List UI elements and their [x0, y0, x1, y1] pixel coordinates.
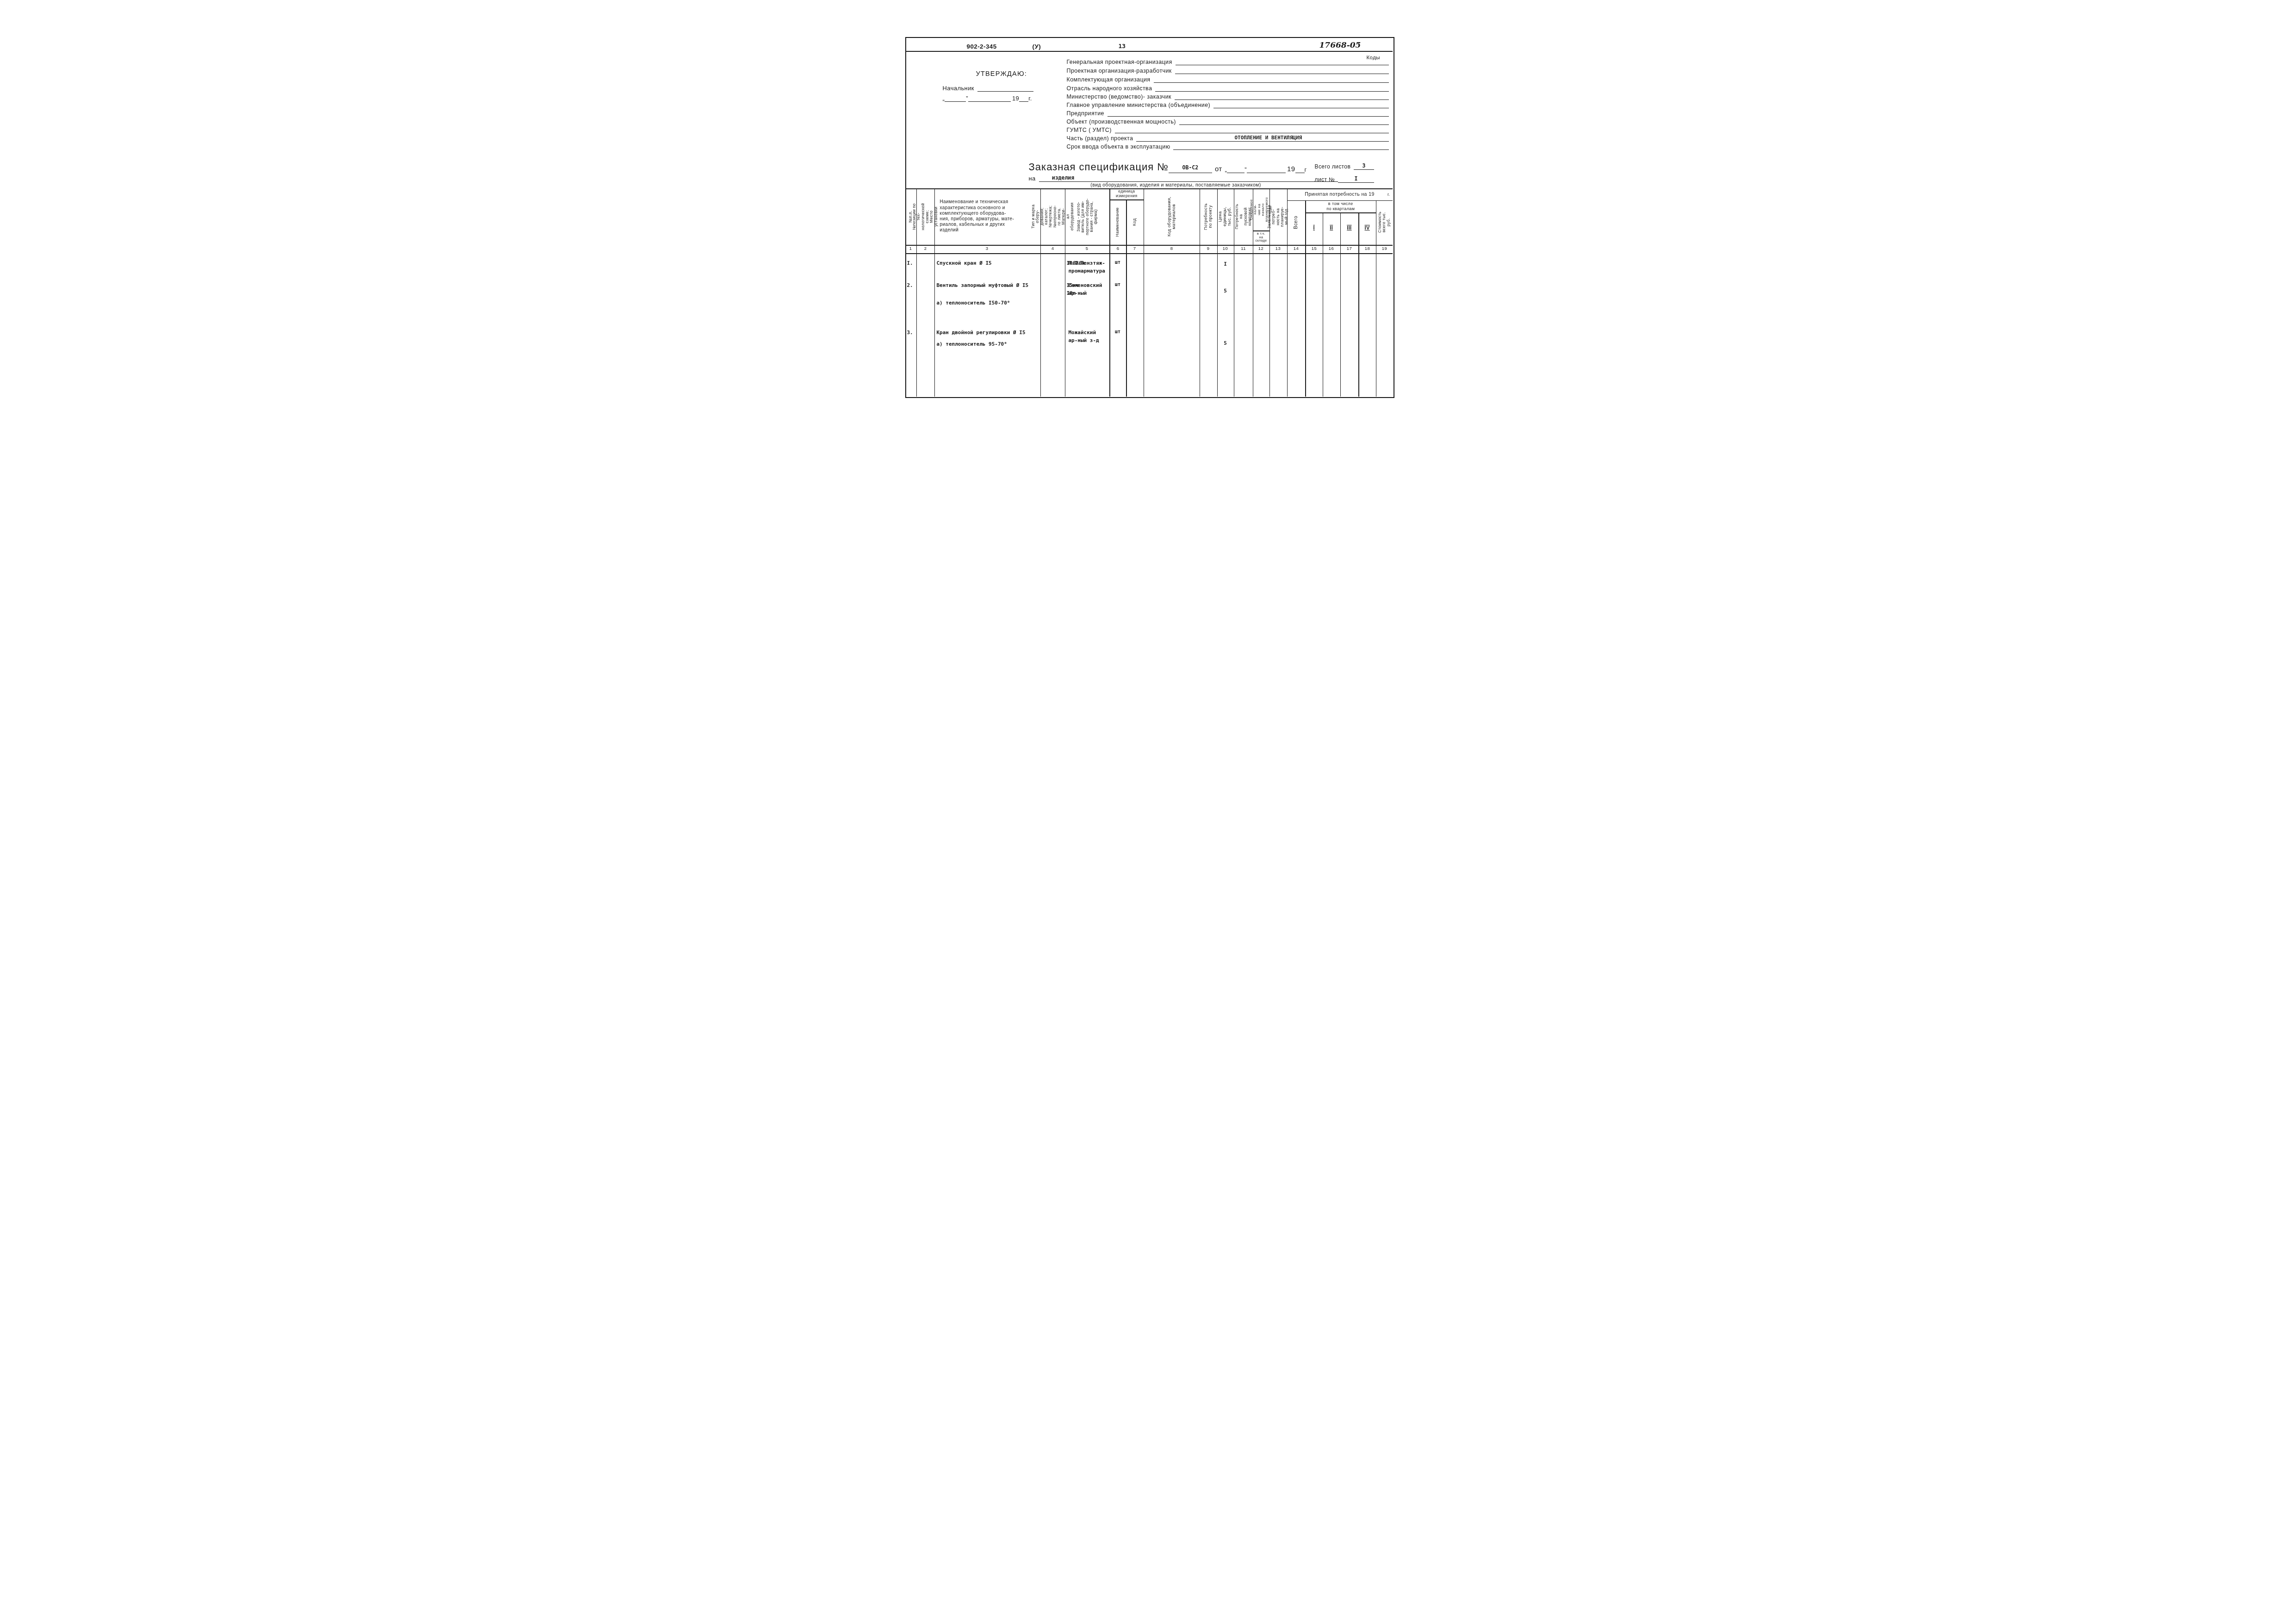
header-divider [905, 51, 1393, 52]
header-col-16: II [1323, 212, 1340, 244]
form-label: Срок ввода объекта в эксплуатацию [1067, 143, 1174, 150]
form-label: ГУМТС ( УМТС) [1067, 127, 1115, 133]
col-number: 18 [1362, 246, 1374, 251]
page-number: 13 [1119, 43, 1126, 50]
row-note: а) теплоноситель 95-70⁰ [937, 340, 1007, 348]
header-col-8: Код оборудования, материалов [1144, 188, 1200, 245]
spec-title: Заказная спецификация № [1029, 161, 1169, 173]
row-factory: Семеновский ар-ный [1069, 281, 1102, 297]
sheets-total-value: 3 [1362, 162, 1365, 169]
row-note: а) теплоноситель I50-70⁰ [937, 299, 1010, 307]
project-part-value: ОТОПЛЕНИЕ И ВЕНТИЛЯЦИЯ [1234, 135, 1302, 141]
row-qty: 5 [1217, 339, 1234, 347]
row-num: 2. [907, 281, 913, 289]
form-line-gumts: ГУМТС ( УМТС) [1067, 126, 1389, 133]
sheet-number-value: I [1354, 175, 1357, 182]
doc-variant: (У) [1033, 43, 1041, 50]
form-line-ministry: Министерство (ведомство)- заказчик [1067, 93, 1389, 100]
col-number: 6 [1112, 246, 1124, 251]
col-number: 12 [1255, 246, 1267, 251]
row-factory: П.О.Пензтяж- промарматура [1069, 259, 1105, 275]
header-col-7: Код [1126, 199, 1144, 245]
row-unit: шт [1110, 259, 1126, 267]
form-label: Министерство (ведомство)- заказчик [1067, 93, 1175, 100]
header-col-3: Наименование и техническая характеристик… [935, 189, 1044, 244]
form-label: Объект (производственная мощность) [1067, 118, 1179, 125]
form-label: Генеральная проектная-организация [1067, 59, 1176, 65]
spec-number: ОВ-С2 [1182, 164, 1199, 171]
form-line-industry: Отрасль народного хозяйства [1067, 84, 1389, 92]
form-line-general-org: Генеральная проектная-организация [1067, 58, 1389, 65]
header-group-units: единица измерения [1109, 188, 1144, 199]
inventory-number: 17668-05 [1319, 41, 1361, 50]
col-number: 15 [1308, 246, 1320, 251]
col-number: 3 [981, 246, 993, 251]
form-blank [1115, 126, 1389, 133]
col-number: 4 [1047, 246, 1059, 251]
spec-for-value: изделия [1052, 174, 1074, 181]
header-col-19: Стоимость всего тыс. руб. [1376, 200, 1393, 245]
form-blank [1108, 109, 1389, 117]
row-unit: шт [1110, 281, 1126, 289]
sheets-total-label: Всего листов [1315, 163, 1354, 170]
header-col-17: III [1340, 212, 1359, 244]
form-blank [1155, 84, 1388, 92]
spec-for-line: на изделия [1029, 174, 1338, 182]
col-number: 9 [1202, 246, 1214, 251]
spec-number-blank: ОВ-С2 [1169, 163, 1212, 173]
header-col-5: Завод - изгото- витель (для им- портного… [1065, 188, 1109, 245]
spec-for-blank: изделия [1039, 174, 1338, 182]
header-col-6: Наименование [1109, 199, 1126, 245]
form-line-project-part: Часть (раздел) проектаОТОПЛЕНИЕ И ВЕНТИЛ… [1067, 134, 1389, 142]
header-group-quarters: в том числе по кварталам [1305, 200, 1376, 212]
numbers-row-bottom-rule [905, 253, 1393, 254]
form-label: Предприятие [1067, 110, 1108, 117]
col-number: 7 [1129, 246, 1141, 251]
col-number: 14 [1290, 246, 1302, 251]
row-name: Кран двойной регулировки Ø I5 [937, 329, 1026, 336]
form-line-object: Объект (производственная мощность) [1067, 118, 1389, 125]
row-unit: шт [1110, 329, 1126, 336]
sheet-number-line: лист № I [1315, 175, 1374, 183]
row-num: 3. [907, 329, 913, 336]
row-num: I. [907, 259, 913, 267]
form-blank [1179, 118, 1389, 125]
col-number: 16 [1325, 246, 1338, 251]
approval-stamp: УТВЕРЖДАЮ: [976, 70, 1027, 78]
header-col-4: Тип и марка обору- дования; каталог; №че… [1040, 188, 1065, 245]
sheet-number-label: лист № [1315, 176, 1338, 183]
approval-position-line: Начальник [943, 84, 1033, 92]
form-line-design-org: Проектная организация-разработчик [1067, 67, 1389, 74]
spec-title-line: Заказная спецификация № ОВ-С2 от „ ” 19 … [1029, 161, 1307, 173]
date-day-blank [945, 95, 966, 102]
spec-for-label: на [1029, 175, 1039, 182]
date-month-blank [968, 95, 1011, 102]
form-label: Проектная организация-разработчик [1067, 68, 1175, 74]
row-factory: Можайский ар-ный з-д [1069, 329, 1099, 344]
form-blank [1175, 93, 1389, 100]
spec-from: от [1215, 165, 1222, 173]
form-blank [1154, 75, 1389, 83]
form-blank: ОТОПЛЕНИЕ И ВЕНТИЛЯЦИЯ [1136, 134, 1388, 142]
col-number: 5 [1081, 246, 1093, 251]
doc-number: 902-2-345 [967, 43, 997, 50]
header-col-18: IV [1358, 212, 1376, 244]
spec-month-blank [1247, 166, 1286, 173]
row-qty: I [1217, 260, 1234, 268]
form-line-main-department: Главное управление министерства (объедин… [1067, 101, 1389, 108]
scanned-specification-page: 902-2-345 (У) 13 17668-05 Коды УТВЕРЖДАЮ… [861, 0, 1435, 406]
header-col-10: Цена единицы, тыс. руб. [1217, 188, 1234, 245]
header-col-15: I [1305, 212, 1323, 244]
spec-day-blank [1227, 166, 1244, 173]
date-year-blank [1019, 95, 1028, 102]
year-suffix: г. [1028, 95, 1032, 102]
col-number: 8 [1166, 246, 1178, 251]
form-label: Отрасль народного хозяйства [1067, 85, 1156, 92]
col-number: 10 [1220, 246, 1232, 251]
header-col-13: Заявленная потреб- ность на планируе- мы… [1269, 188, 1287, 245]
spec-year-blank [1295, 166, 1305, 173]
header-col-2: №позиции по тех- нологической схеме; Мес… [916, 188, 934, 245]
row-qty: 5 [1217, 287, 1234, 295]
col-number: 17 [1344, 246, 1356, 251]
header-col-14: Всего [1287, 200, 1306, 245]
spec-year: 19 [1287, 165, 1295, 173]
header-col-9: Потребность по проекту [1200, 188, 1217, 245]
spec-year-suffix: г [1305, 166, 1307, 173]
form-line-commissioning: Срок ввода объекта в эксплуатацию [1067, 143, 1389, 150]
col-number: 19 [1379, 246, 1391, 251]
form-blank [1213, 101, 1388, 108]
header-group-accepted: Принятая потребность на 19 г. [1288, 188, 1392, 200]
form-label: Комплектующая организация [1067, 76, 1154, 83]
header-col-12-sub: в т.ч. на складе [1253, 230, 1269, 245]
row-name: Вентиль запорный муфтовый Ø I5 [937, 281, 1029, 289]
sheets-total-blank: 3 [1354, 162, 1374, 170]
year-prefix: 19 [1012, 95, 1019, 102]
form-line-enterprise: Предприятие [1067, 109, 1389, 117]
row-name: Спускной кран Ø I5 [937, 259, 992, 267]
form-blank [1173, 143, 1388, 150]
form-label: Часть (раздел) проекта [1067, 135, 1137, 142]
col-number: 13 [1272, 246, 1284, 251]
form-blank [1175, 67, 1389, 74]
approval-position-label: Начальник [943, 85, 977, 92]
sheet-number-blank: I [1338, 175, 1374, 183]
col-number: 1 [905, 246, 917, 251]
form-label: Главное управление министерства (объедин… [1067, 102, 1214, 108]
col-number: 2 [920, 246, 932, 251]
approval-position-blank [977, 84, 1033, 92]
form-line-supply-org: Комплектующая организация [1067, 75, 1389, 83]
form-blank [1176, 58, 1389, 65]
numbers-row-top-rule [905, 245, 1393, 246]
col-number: 11 [1238, 246, 1250, 251]
approval-date-line: „ ” 19 г. [943, 95, 1041, 102]
sheets-total-line: Всего листов 3 [1315, 162, 1374, 170]
accepted-year-suffix: г. [1388, 192, 1390, 197]
spec-for-hint: (вид оборудования, изделия и материалы, … [1042, 182, 1310, 188]
